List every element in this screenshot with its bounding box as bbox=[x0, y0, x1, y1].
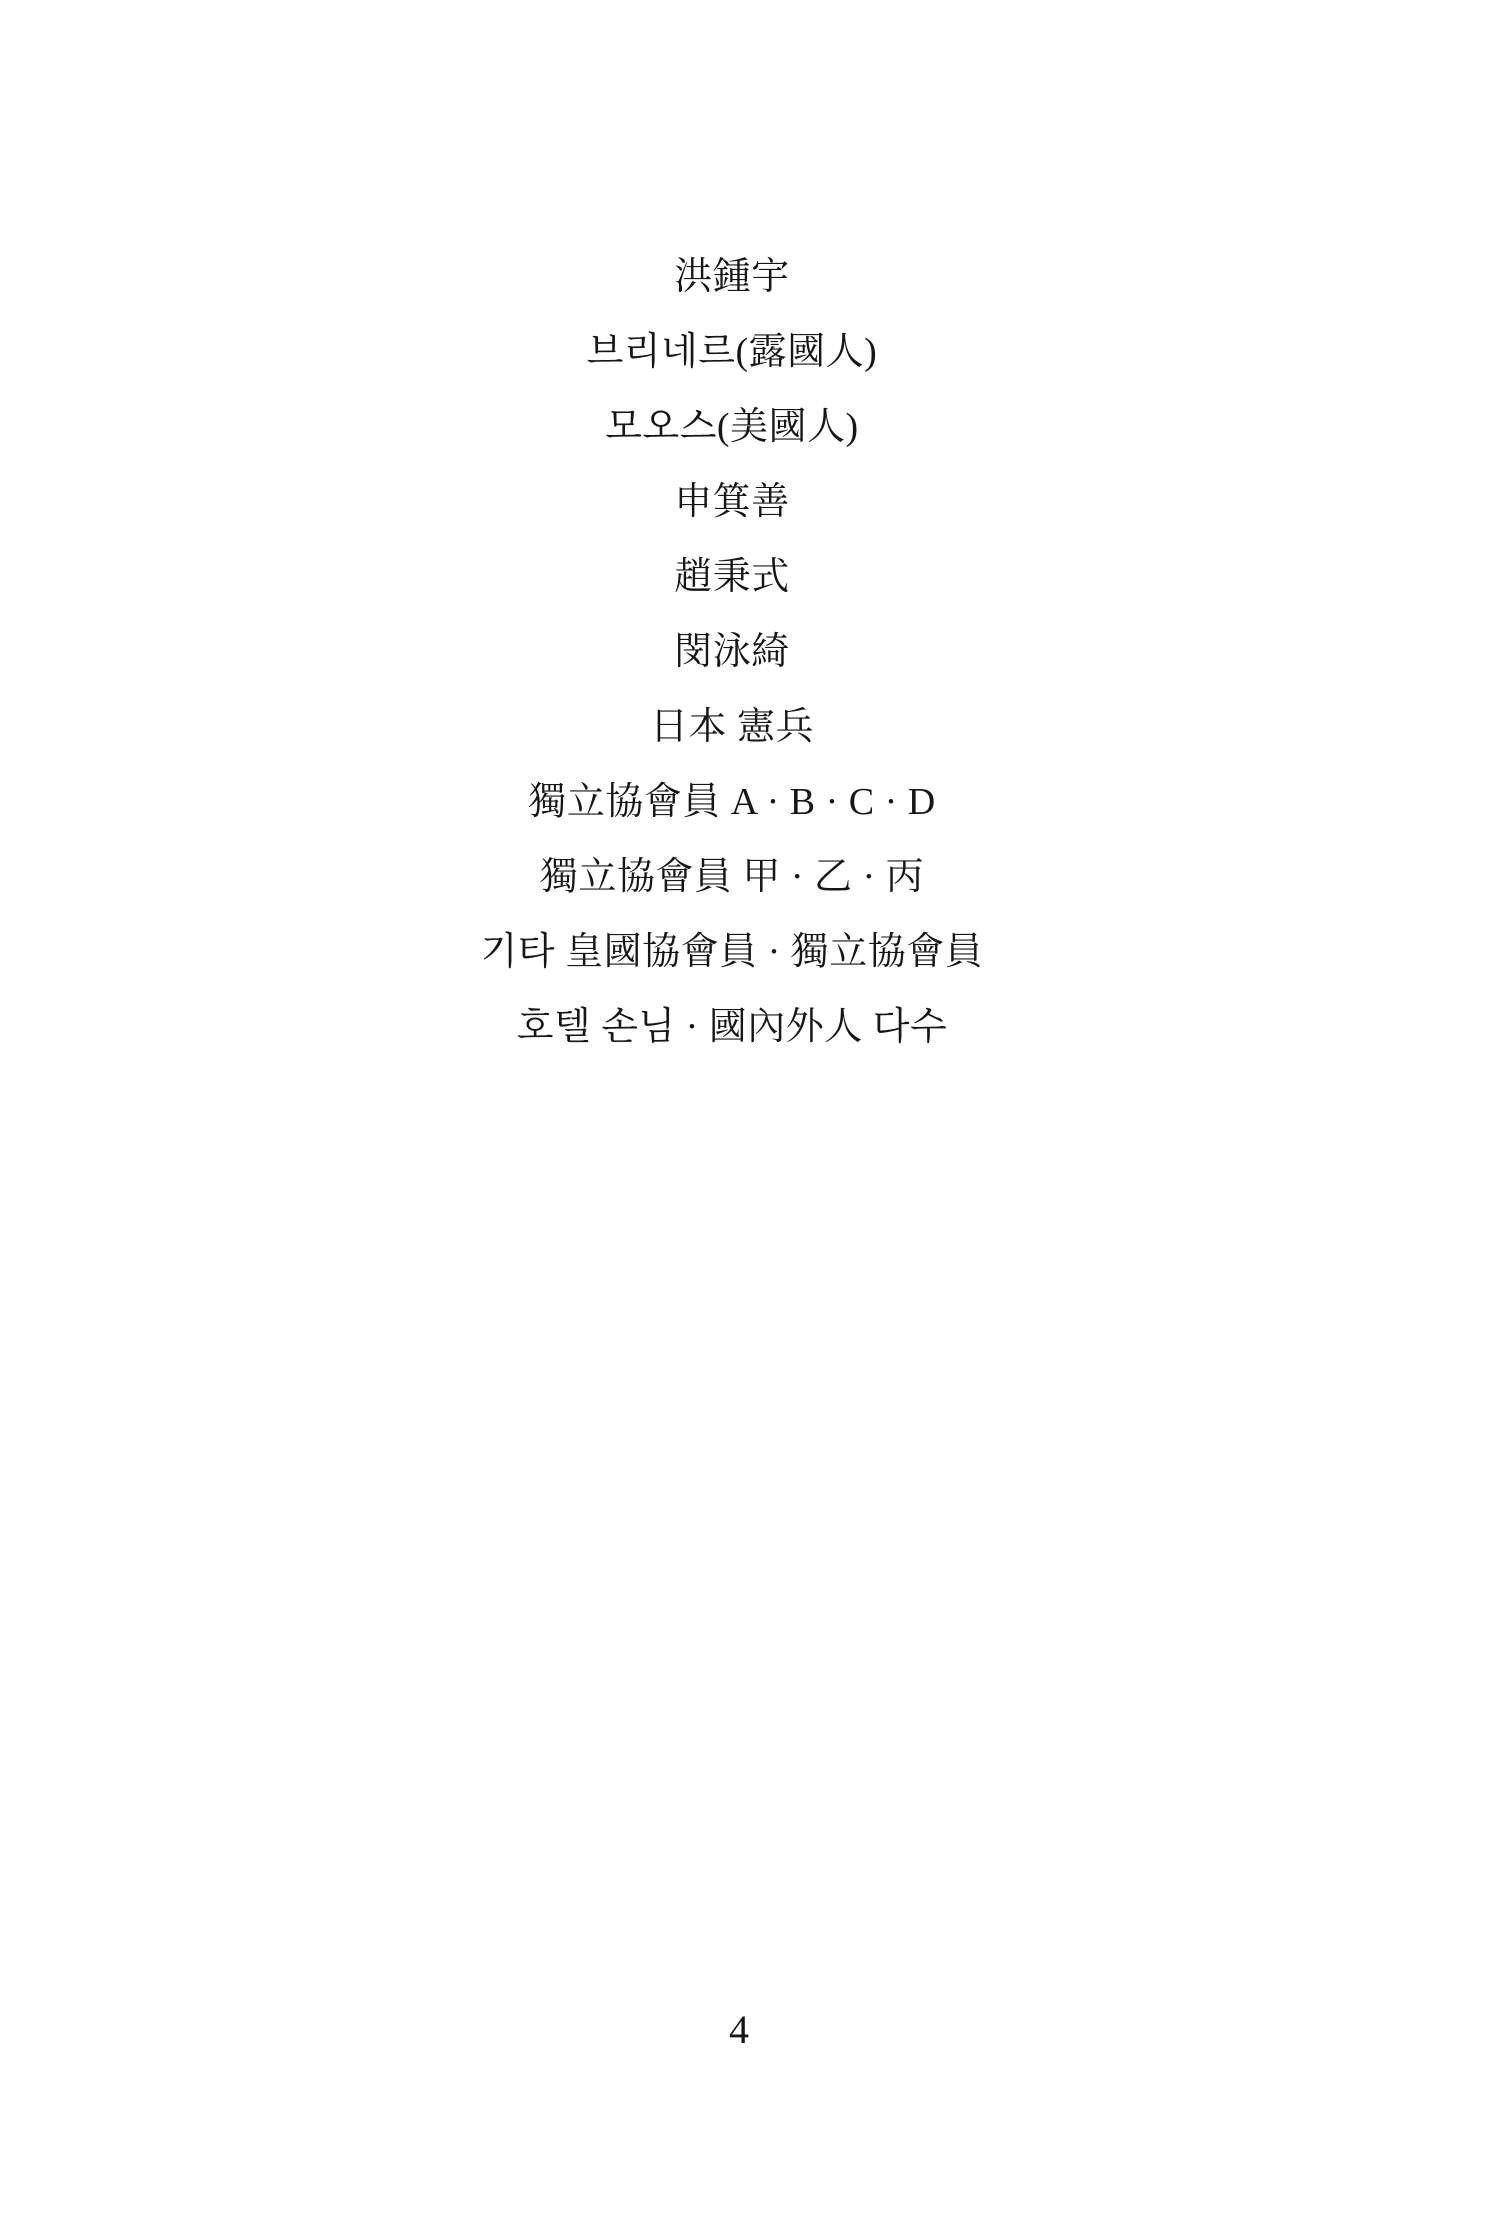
cast-list-line: 日本 憲兵 bbox=[0, 690, 1464, 765]
cast-list-line: 獨立協會員 A · B · C · D bbox=[0, 765, 1464, 840]
cast-list-line: 趙秉式 bbox=[0, 540, 1464, 615]
cast-list-line: 獨立協會員 甲 · 乙 · 丙 bbox=[0, 840, 1464, 915]
cast-list-line: 브리네르(露國人) bbox=[0, 315, 1464, 390]
cast-list-line: 閔泳綺 bbox=[0, 615, 1464, 690]
cast-list-line: 기타 皇國協會員 · 獨立協會員 bbox=[0, 915, 1464, 990]
page-number-label: 4 bbox=[0, 2008, 1478, 2052]
cast-list: 洪鍾宇 브리네르(露國人) 모오스(美國人) 申箕善 趙秉式 閔泳綺 日本 憲兵… bbox=[0, 240, 1464, 1065]
cast-list-line: 申箕善 bbox=[0, 465, 1464, 540]
cast-list-line: 호텔 손님 · 國內外人 다수 bbox=[0, 990, 1464, 1065]
cast-list-line: 모오스(美國人) bbox=[0, 390, 1464, 465]
cast-list-line: 洪鍾宇 bbox=[0, 240, 1464, 315]
document-page: 洪鍾宇 브리네르(露國人) 모오스(美國人) 申箕善 趙秉式 閔泳綺 日本 憲兵… bbox=[0, 0, 1512, 2220]
